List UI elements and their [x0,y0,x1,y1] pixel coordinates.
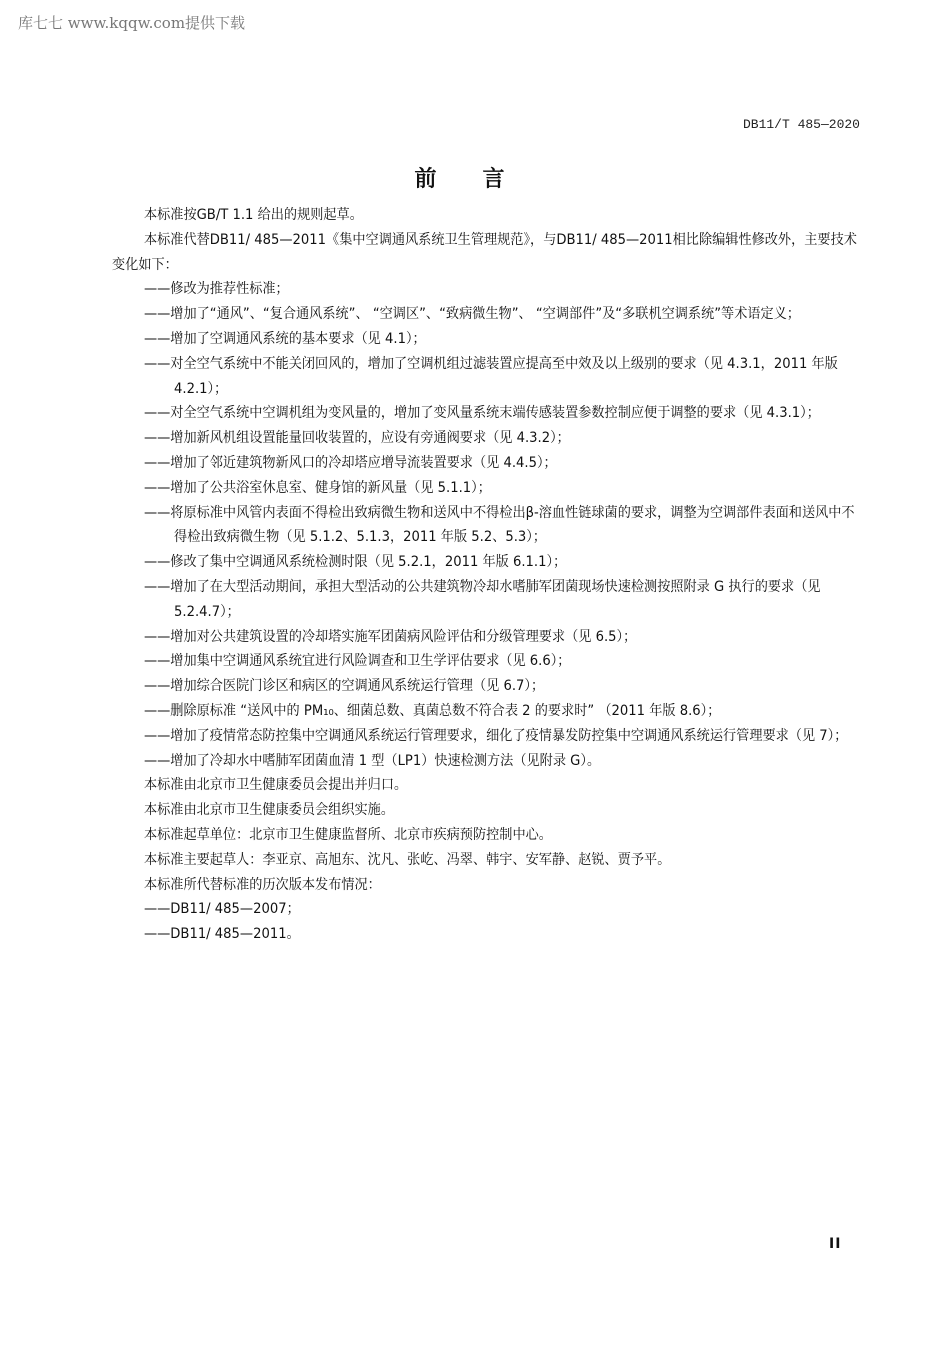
document-body: 本标准按GB/T 1.1 给出的规则起草。 本标准代替DB11/ 485—201… [112,203,859,947]
list-item: ——修改了集中空调通风系统检测时限（见 5.2.1，2011 年版 6.1.1）… [112,550,859,575]
list-item: ——删除原标准 “送风中的 PM₁₀、细菌总数、真菌总数不符合表 2 的要求时”… [112,699,859,724]
outro-paragraph: 本标准由北京市卫生健康委员会组织实施。 [112,798,859,823]
page-number: II [829,1236,841,1252]
outro-paragraph: 本标准主要起草人：李亚京、高旭东、沈凡、张屹、冯翠、韩宇、安军静、赵锐、贾予平。 [112,848,859,873]
list-item: ——增加综合医院门诊区和病区的空调通风系统运行管理（见 6.7）； [112,674,859,699]
list-item: ——增加了邻近建筑物新风口的冷却塔应增导流装置要求（见 4.4.5）； [112,451,859,476]
list-item: ——增加了在大型活动期间，承担大型活动的公共建筑物冷却水嗜肺军团菌现场快速检测按… [112,575,859,625]
list-item: ——对全空气系统中不能关闭回风的，增加了空调机组过滤装置应提高至中效及以上级别的… [112,352,859,402]
list-item: ——将原标准中风管内表面不得检出致病微生物和送风中不得检出β-溶血性链球菌的要求… [112,501,859,551]
list-item: ——DB11/ 485—2011。 [112,922,859,947]
standard-number: DB11/T 485—2020 [743,117,860,132]
previous-versions-list: ——DB11/ 485—2007； ——DB11/ 485—2011。 [112,897,859,947]
list-item: ——增加对公共建筑设置的冷却塔实施军团菌病风险评估和分级管理要求（见 6.5）； [112,625,859,650]
list-item: ——增加集中空调通风系统宜进行风险调查和卫生学评估要求（见 6.6）； [112,649,859,674]
list-item: ——增加了公共浴室休息室、健身馆的新风量（见 5.1.1）； [112,476,859,501]
list-item: ——对全空气系统中空调机组为变风量的，增加了变风量系统末端传感装置参数控制应便于… [112,401,859,426]
changes-list: ——修改为推荐性标准； ——增加了“通风”、“复合通风系统”、 “空调区”、“致… [112,277,859,773]
intro-paragraph: 本标准代替DB11/ 485—2011《集中空调通风系统卫生管理规范》，与DB1… [112,228,859,278]
list-item: ——修改为推荐性标准； [112,277,859,302]
outro-paragraph: 本标准起草单位：北京市卫生健康监督所、北京市疾病预防控制中心。 [112,823,859,848]
list-item: ——增加了“通风”、“复合通风系统”、 “空调区”、“致病微生物”、 “空调部件… [112,302,859,327]
list-item: ——增加了疫情常态防控集中空调通风系统运行管理要求，细化了疫情暴发防控集中空调通… [112,724,859,749]
list-item: ——DB11/ 485—2007； [112,897,859,922]
list-item: ——增加了冷却水中嗜肺军团菌血清 1 型（LP1）快速检测方法（见附录 G）。 [112,749,859,774]
watermark: 库七七 www.kqqw.com提供下载 [18,12,245,33]
list-item: ——增加了空调通风系统的基本要求（见 4.1）； [112,327,859,352]
outro-paragraph: 本标准所代替标准的历次版本发布情况： [112,873,859,898]
list-item: ——增加新风机组设置能量回收装置的，应设有旁通阀要求（见 4.3.2）； [112,426,859,451]
page-title: 前言 [0,162,950,193]
outro-paragraph: 本标准由北京市卫生健康委员会提出并归口。 [112,773,859,798]
intro-paragraph: 本标准按GB/T 1.1 给出的规则起草。 [112,203,859,228]
